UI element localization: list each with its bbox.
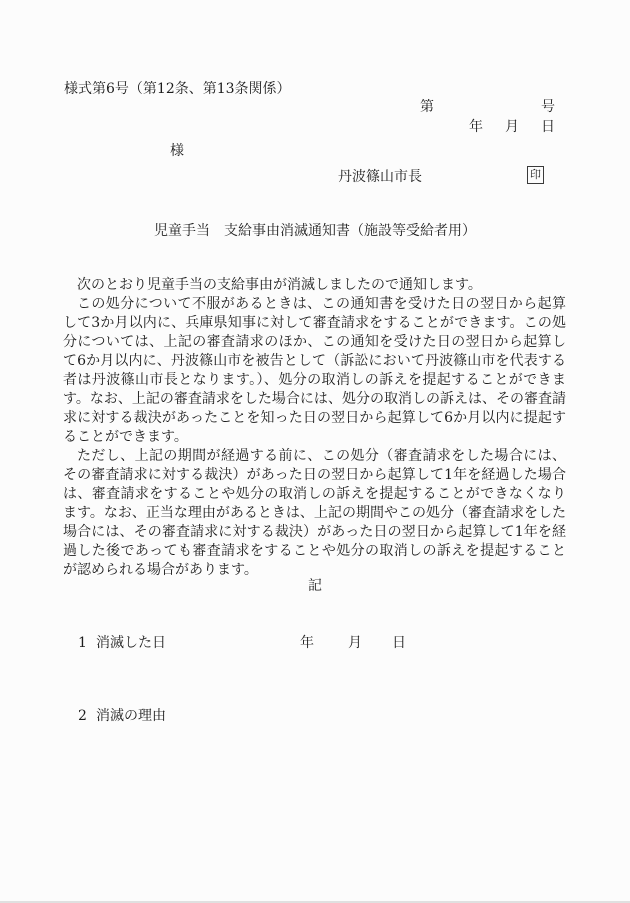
body-paragraph-1: 次のとおり児童手当の支給事由が消滅しましたので通知します。: [63, 276, 566, 295]
issuer-title: 丹波篠山市長: [338, 168, 422, 187]
doc-number-prefix: 第: [420, 98, 434, 117]
seal-mark: 印: [527, 166, 544, 184]
doc-number-suffix: 号: [541, 98, 555, 117]
item-1-day-label: 日: [392, 634, 406, 653]
body-paragraph-3: ただし、上記の期間が経過する前に、この処分（審査請求をした場合には、その審査請求…: [63, 447, 566, 580]
body-text: 次のとおり児童手当の支給事由が消滅しましたので通知します。 この処分について不服…: [63, 276, 566, 580]
item-1-number: 1: [78, 634, 87, 653]
item-1-year-label: 年: [300, 634, 314, 653]
form-number: 様式第6号（第12条、第13条関係）: [64, 80, 291, 99]
item-1-label: 消滅した日: [96, 634, 166, 653]
date-day-label: 日: [541, 118, 555, 137]
ki-separator: 記: [0, 577, 630, 596]
date-month-label: 月: [505, 118, 519, 137]
date-year-label: 年: [469, 118, 483, 137]
document-page: 様式第6号（第12条、第13条関係） 第 号 年 月 日 様 丹波篠山市長 印 …: [0, 0, 630, 903]
item-1-month-label: 月: [348, 634, 362, 653]
item-2-label: 消滅の理由: [96, 707, 166, 726]
item-2-number: 2: [78, 707, 87, 726]
addressee-suffix: 様: [170, 142, 184, 161]
body-paragraph-2: この処分について不服があるときは、この通知書を受けた日の翌日から起算して3か月以…: [63, 295, 566, 447]
document-title: 児童手当 支給事由消滅通知書（施設等受給者用）: [0, 222, 630, 241]
